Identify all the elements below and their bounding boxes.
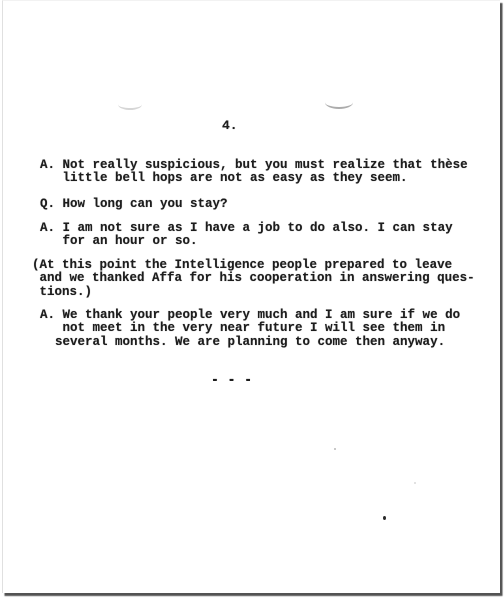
scan-smudge-left: [118, 99, 142, 110]
document-page: 4. A. Not really suspicious, but you mus…: [2, 0, 500, 593]
scan-speck: [334, 448, 336, 450]
scan-smudge-right: [325, 96, 353, 109]
scan-speck: [383, 516, 386, 520]
scan-speck: [414, 482, 416, 484]
page-number: 4.: [222, 119, 238, 132]
end-separator-dashes: - - -: [211, 373, 253, 386]
question-paragraph-1: Q. How long can you stay?: [40, 198, 228, 211]
stage-direction-note: (At this point the Intelligence people p…: [32, 259, 475, 299]
answer-paragraph-1: A. Not really suspicious, but you must r…: [40, 159, 468, 186]
scanned-document-image: 4. A. Not really suspicious, but you mus…: [0, 0, 504, 598]
answer-paragraph-2: A. I am not sure as I have a job to do a…: [40, 222, 453, 249]
answer-paragraph-3: A. We thank your people very much and I …: [40, 309, 460, 349]
